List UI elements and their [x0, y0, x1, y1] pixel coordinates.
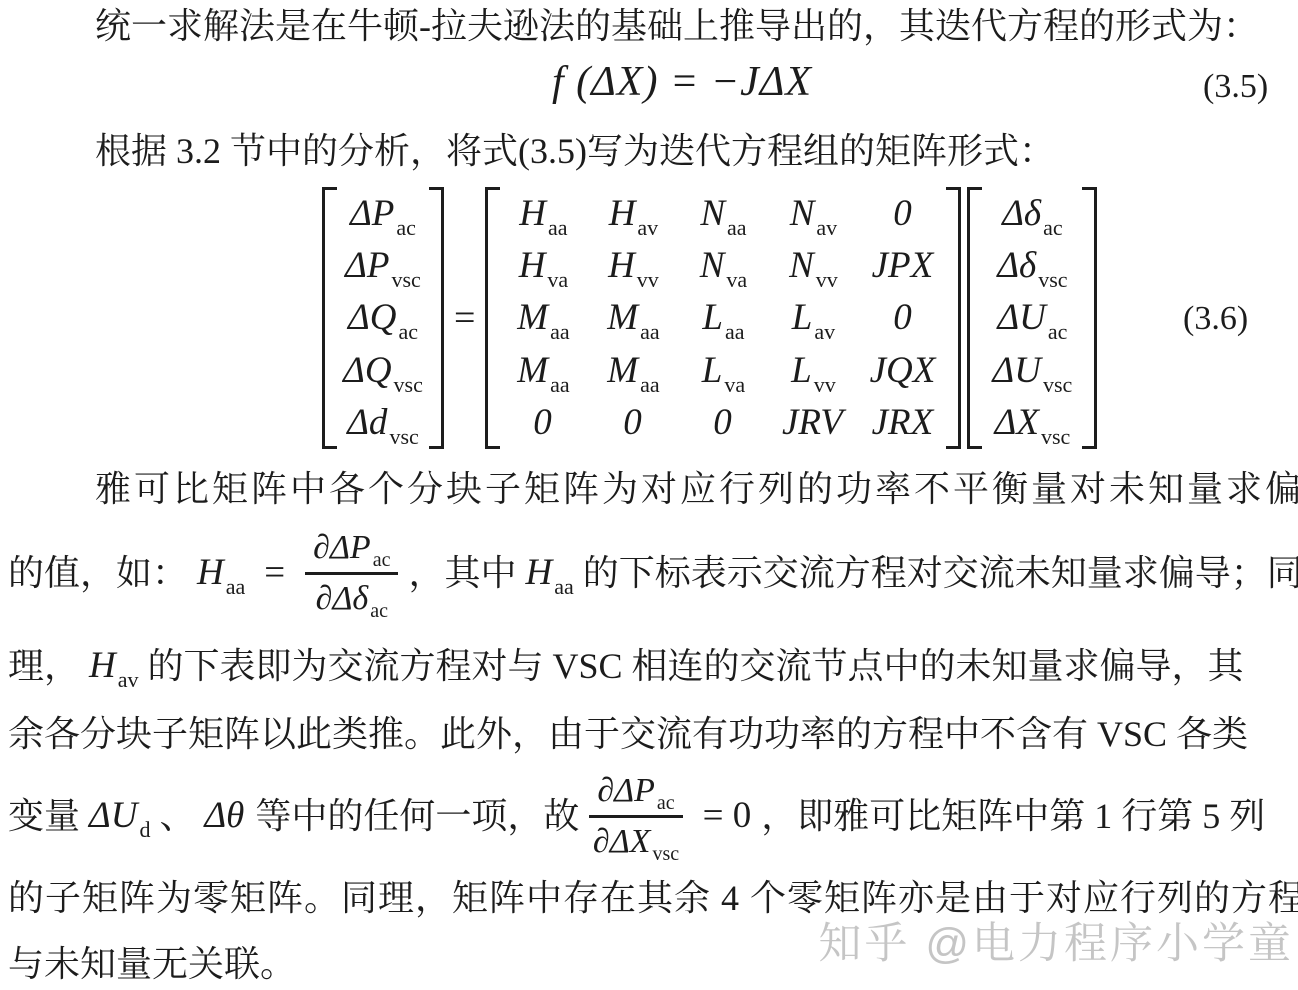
math-H-av: Hav — [89, 643, 139, 689]
para3-line1: 雅可比矩阵中各个分块子矩阵为对应行列的功率不平衡量对未知量求偏导 — [95, 467, 1298, 512]
fraction-denominator: ∂Δδac — [316, 575, 388, 617]
text-run: 变量 — [8, 794, 80, 839]
math-H-aa: Haa — [197, 550, 245, 596]
matrix-cell-r1c2: Hav — [609, 192, 659, 235]
lhs-entry-1: ΔPac — [350, 192, 416, 235]
text-run: 、 — [159, 794, 195, 839]
text-run: ，即雅可比矩阵中第 1 行第 5 列 — [761, 794, 1265, 839]
matrix-cell-r4c4: Lvv — [791, 349, 836, 392]
equals-sign: = — [264, 550, 285, 596]
rhs-entry-3: ΔUac — [997, 296, 1067, 339]
fraction-denominator: ∂ΔXvsc — [593, 818, 679, 860]
equation-3-6-number: (3.6) — [1183, 300, 1248, 338]
equation-3-5-number: (3.5) — [1203, 68, 1268, 106]
math-delta-theta: Δθ — [204, 793, 246, 839]
text-run: 的下表即为交流方程对与 VSC 相连的交流节点中的未知量求偏导，其 — [148, 644, 1244, 689]
para3-line2: 的值，如： Haa = ∂ΔPac ∂Δδac ，其中 Haa 的下标表示交流方… — [8, 512, 1298, 634]
matrix-cell-r3c4: Lav — [792, 296, 835, 339]
matrix-cell-r5c2: 0 — [623, 401, 644, 444]
matrix-cell-r3c2: Maa — [607, 296, 659, 339]
document-page: 统一求解法是在牛顿-拉夫逊法的基础上推导出的，其迭代方程的形式为： f (ΔX)… — [0, 0, 1298, 990]
matrix-cell-r4c2: Maa — [607, 349, 659, 392]
fraction-dPac-over-dX-vsc: ∂ΔPac ∂ΔXvsc — [589, 773, 682, 859]
text-run: 的值，如： — [8, 551, 188, 596]
matrix-cell-r1c5: 0 — [893, 192, 914, 235]
para3-line7: 与未知量无关联。 — [8, 942, 296, 987]
matrix-right-bracket — [946, 187, 961, 449]
text-run: 等中的任何一项，故 — [255, 794, 579, 839]
matrix-cell-r4c1: Maa — [517, 349, 569, 392]
math-delta-U-d: ΔUd — [89, 793, 150, 839]
matrix-cell-r3c3: Laa — [702, 296, 744, 339]
matrix-cell-r5c5: JRX — [872, 401, 936, 444]
para2-line: 根据 3.2 节中的分析，将式(3.5)写为迭代方程组的矩阵形式： — [95, 129, 1055, 174]
matrix-cell-r3c1: Maa — [517, 296, 569, 339]
lhs-entry-3: ΔQac — [348, 296, 418, 339]
text-run: 理， — [8, 644, 80, 689]
text-run: ，其中 — [408, 551, 516, 596]
matrix-left-bracket — [485, 187, 500, 449]
equation-3-5: f (ΔX) = −JΔX — [552, 58, 812, 106]
para3-line5: 变量 ΔUd 、 Δθ 等中的任何一项，故 ∂ΔPac ∂ΔXvsc = 0 ，… — [8, 757, 1265, 875]
equals-sign: = — [454, 296, 475, 340]
fraction-numerator: ∂ΔPac — [305, 530, 398, 575]
matrix-cell-r4c3: Lva — [702, 349, 745, 392]
lhs-left-bracket — [322, 187, 337, 449]
matrix-cell-r5c4: JRV — [782, 401, 845, 444]
equals-zero: = 0 — [703, 793, 752, 839]
matrix-cell-r2c3: Nva — [700, 244, 747, 287]
matrix-cell-r2c4: Nvv — [789, 244, 838, 287]
rhs-entry-4: ΔUvsc — [993, 349, 1073, 392]
matrix-cell-r5c3: 0 — [713, 401, 734, 444]
lhs-entry-2: ΔPvsc — [345, 244, 421, 287]
rhs-entry-1: Δδac — [1002, 192, 1062, 235]
rhs-right-bracket — [1082, 187, 1097, 449]
lhs-vector: ΔPac ΔPvsc ΔQac ΔQvsc Δdvsc — [337, 187, 429, 449]
matrix-cell-r2c2: Hvv — [608, 244, 659, 287]
zhihu-watermark: 知乎 @电力程序小学童 — [818, 910, 1294, 971]
lhs-entry-4: ΔQvsc — [343, 349, 423, 392]
matrix-cell-r1c1: Haa — [519, 192, 567, 235]
matrix-cell-r3c5: 0 — [893, 296, 914, 339]
rhs-entry-5: ΔXvsc — [995, 401, 1071, 444]
rhs-left-bracket — [967, 187, 982, 449]
matrix-cell-r1c4: Nav — [790, 192, 837, 235]
equation-3-6: ΔPac ΔPvsc ΔQac ΔQvsc Δdvsc = Haa Hav Na… — [322, 187, 1097, 449]
math-H-aa: Haa — [525, 550, 573, 596]
jacobian-matrix: Haa Hav Naa Nav 0 Hva Hvv Nva Nvv JPX Ma… — [500, 187, 946, 449]
matrix-cell-r4c5: JQX — [870, 349, 938, 392]
para3-line3: 理， Hav 的下表即为交流方程对与 VSC 相连的交流节点中的未知量求偏导，其 — [8, 641, 1244, 691]
matrix-cell-r1c3: Naa — [700, 192, 746, 235]
matrix-cell-r2c1: Hva — [519, 244, 569, 287]
matrix-cell-r2c5: JPX — [872, 244, 936, 287]
para1-line: 统一求解法是在牛顿-拉夫逊法的基础上推导出的，其迭代方程的形式为： — [95, 4, 1259, 49]
rhs-vector: Δδac Δδvsc ΔUac ΔUvsc ΔXvsc — [982, 187, 1082, 449]
para3-line4: 余各分块子矩阵以此类推。此外，由于交流有功功率的方程中不含有 VSC 各类 — [8, 712, 1248, 757]
lhs-right-bracket — [429, 187, 444, 449]
rhs-entry-2: Δδvsc — [997, 244, 1067, 287]
matrix-cell-r5c1: 0 — [533, 401, 554, 444]
fraction-numerator: ∂ΔPac — [589, 773, 682, 818]
text-run: 的下标表示交流方程对交流未知量求偏导；同 — [583, 551, 1298, 596]
fraction-dPac-over-ddelta-ac: ∂ΔPac ∂Δδac — [305, 530, 398, 616]
lhs-entry-5: Δdvsc — [347, 401, 419, 444]
